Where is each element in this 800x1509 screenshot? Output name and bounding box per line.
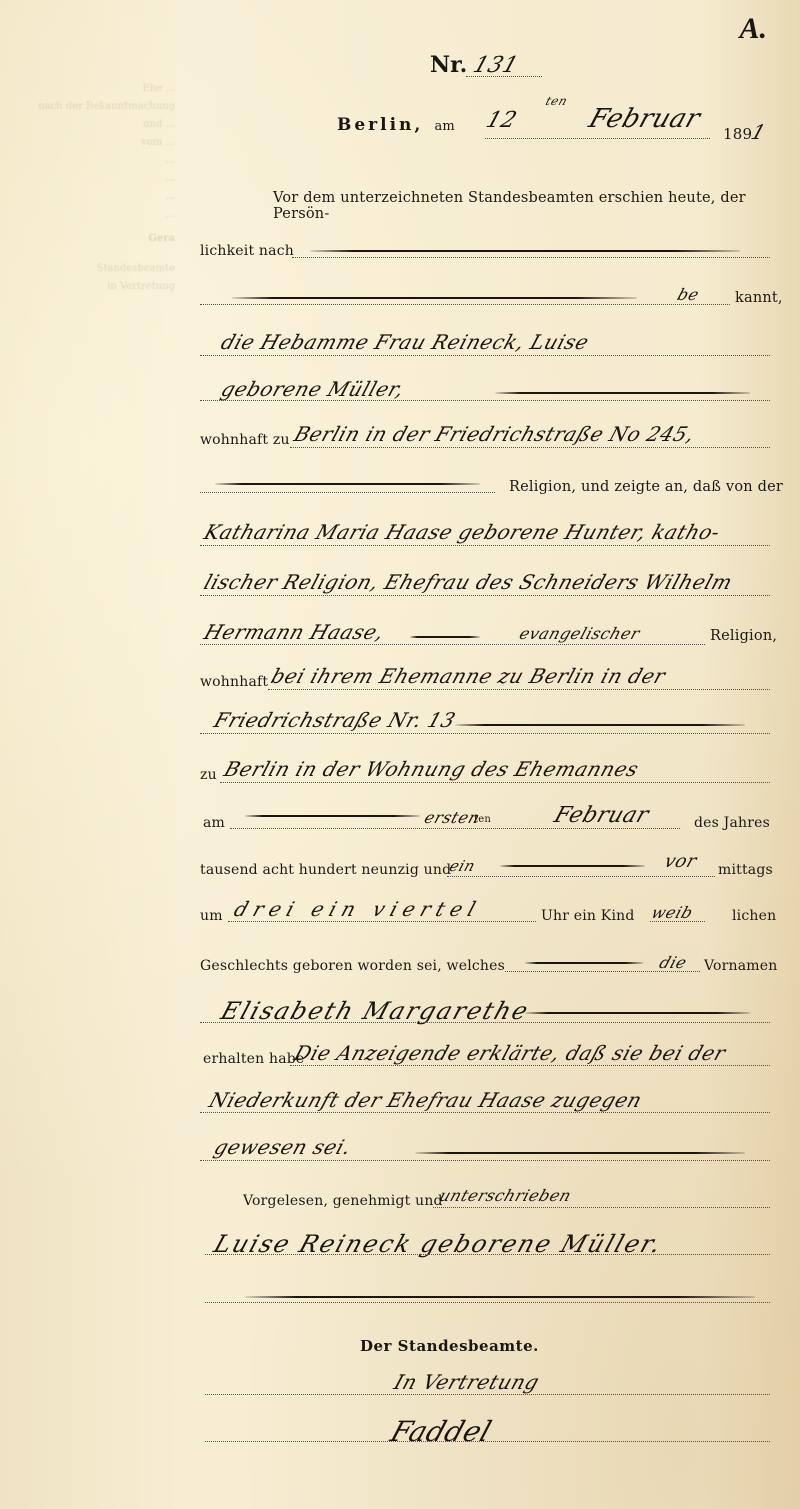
note-line-2: Niederkunft der Ehefrau Haase zugegen	[206, 1088, 645, 1112]
birth-date-strike	[245, 815, 420, 817]
date-dotted-line	[485, 138, 710, 139]
mother-residence-dotted-2	[200, 733, 770, 734]
bleed-line: ...	[0, 152, 175, 170]
intro-text: Vor dem unterzeichneten Standesbeamten e…	[273, 190, 800, 222]
note-strike	[415, 1152, 745, 1154]
read-dotted	[433, 1207, 770, 1208]
year-text: tausend acht hundert neunzig und	[200, 862, 451, 878]
bleed-line: vom ...	[0, 134, 175, 152]
dateline: Berlin, am	[337, 115, 455, 135]
religion-label: Religion,	[710, 628, 777, 644]
hour-dotted	[228, 921, 536, 922]
um-label: um	[200, 908, 223, 924]
registrar-dotted-2	[205, 1441, 770, 1442]
registrar-signature: Faddel	[387, 1415, 496, 1448]
year-label: des Jahres	[694, 815, 770, 831]
gender-dotted	[505, 971, 700, 972]
birth-place-dotted	[220, 782, 770, 783]
birth-place-label: zu	[200, 767, 217, 783]
mother-residence-line-1: bei ihrem Ehemanne zu Berlin in der	[268, 664, 669, 688]
signature-dotted-1	[205, 1254, 770, 1255]
child-label: Uhr ein Kind	[541, 908, 635, 924]
registrar-deputy: In Vertretung	[391, 1370, 542, 1394]
informant-dotted-2	[200, 400, 770, 401]
sex-hand: weib	[649, 903, 696, 922]
sex-suffix: lichen	[732, 908, 776, 924]
year-prefix: 189	[723, 125, 752, 143]
mother-line-3: Hermann Haase,	[201, 620, 387, 644]
date-day: 12	[483, 108, 520, 133]
bleed-line: Ehe ...	[0, 80, 175, 98]
identity-dotted-line	[292, 257, 770, 258]
date-day-suffix: ten	[544, 94, 570, 108]
gender-strike	[525, 962, 643, 964]
known-dotted-line	[200, 304, 730, 305]
religion-strike	[215, 483, 480, 485]
mother-religion-hand: evangelischer	[517, 624, 643, 643]
informant-line-2: geborene Müller,	[218, 377, 407, 401]
number-label: Nr.	[430, 52, 467, 78]
names-hand: die	[657, 953, 690, 972]
time-hand: vor	[662, 851, 700, 872]
year-dotted	[447, 876, 715, 877]
religion-dotted	[200, 492, 495, 493]
names-label: Vornamen	[704, 958, 778, 974]
residence-label: wohnhaft zu	[200, 432, 290, 448]
known-label: kannt,	[735, 290, 783, 306]
midday-label: mittags	[718, 862, 773, 878]
mother-line-1: Katharina Maria Haase geborene Hunter, k…	[201, 520, 723, 544]
mother-residence-label: wohnhaft	[200, 674, 268, 690]
sex-dotted	[650, 921, 705, 922]
mother-residence-line-2: Friedrichstraße Nr. 13	[211, 708, 459, 732]
bleed-line: ...	[0, 188, 175, 206]
year-hand: ein	[447, 857, 478, 875]
mother-residence-strike	[455, 724, 745, 726]
religion-statement: Religion, und zeigte an, daß von der	[509, 479, 783, 495]
signature-dotted-2	[205, 1302, 770, 1303]
mother-dotted-2	[200, 595, 770, 596]
am-label: am	[434, 119, 454, 134]
bleed-line: ...	[0, 170, 175, 188]
mother-residence-dotted-1	[268, 689, 770, 690]
identity-label: lichkeit nach	[200, 243, 294, 259]
number-dotted-line	[466, 76, 542, 77]
note-dotted-3	[200, 1160, 770, 1161]
number-value: 131	[470, 53, 522, 78]
bleed-line: Standesbeamte	[0, 260, 175, 278]
residence-dotted	[290, 447, 770, 448]
bleed-line: ...	[0, 206, 175, 224]
bleed-through-text: Ehe ... nach der Bekanntmachung und ... …	[0, 80, 175, 296]
bleed-line: nach der Bekanntmachung	[0, 98, 175, 116]
date-month: Februar	[585, 104, 704, 134]
note-dotted-1	[290, 1065, 770, 1066]
bleed-line: und ...	[0, 116, 175, 134]
bleed-line: Gera	[0, 230, 175, 248]
child-names: Elisabeth Margarethe	[217, 997, 533, 1025]
note-line-1: Die Anzeigende erklärte, daß sie bei der	[291, 1041, 729, 1065]
registrar-dotted-1	[205, 1394, 770, 1395]
mother-dotted-1	[200, 545, 770, 546]
registrar-title: Der Standesbeamte.	[360, 1337, 539, 1355]
read-label: Vorgelesen, genehmigt und	[243, 1193, 443, 1209]
read-hand: unterschrieben	[437, 1186, 574, 1205]
form-letter: A.	[739, 12, 767, 46]
birth-date-dotted	[230, 828, 680, 829]
informant-strike	[495, 392, 750, 394]
hour-hand: drei ein viertel	[231, 897, 485, 921]
city-label: Berlin,	[337, 115, 423, 135]
residence-value: Berlin in der Friedrichstraße No 245,	[291, 422, 698, 446]
birth-place-value: Berlin in der Wohnung des Ehemannes	[221, 757, 642, 781]
birth-month-hand: Februar	[551, 803, 652, 828]
note-dotted-2	[200, 1112, 770, 1113]
bleed-line: in Vertretung	[0, 278, 175, 296]
year-suffix: 1	[748, 120, 769, 144]
note-line-3: gewesen sei.	[211, 1135, 355, 1159]
known-strike	[232, 297, 637, 299]
child-names-dotted	[200, 1022, 770, 1023]
mother-dotted-3	[200, 644, 705, 645]
date-year: 1891	[723, 120, 765, 144]
year-strike	[500, 865, 645, 867]
informant-line-1: die Hebamme Frau Reineck, Luise	[218, 330, 592, 354]
gender-label: Geschlechts geboren worden sei, welches	[200, 958, 505, 974]
informant-dotted-1	[200, 355, 770, 356]
child-names-strike	[525, 1012, 750, 1014]
register-number: Nr. 131	[430, 52, 518, 78]
identity-strike	[310, 250, 740, 252]
mother-strike	[410, 636, 480, 638]
signature-strike	[245, 1296, 755, 1298]
known-hand: be	[675, 285, 702, 304]
mother-line-2: lischer Religion, Ehefrau des Schneiders…	[201, 570, 736, 594]
birth-day-suffix: ten	[474, 814, 491, 825]
birth-date-label: am	[203, 815, 225, 831]
